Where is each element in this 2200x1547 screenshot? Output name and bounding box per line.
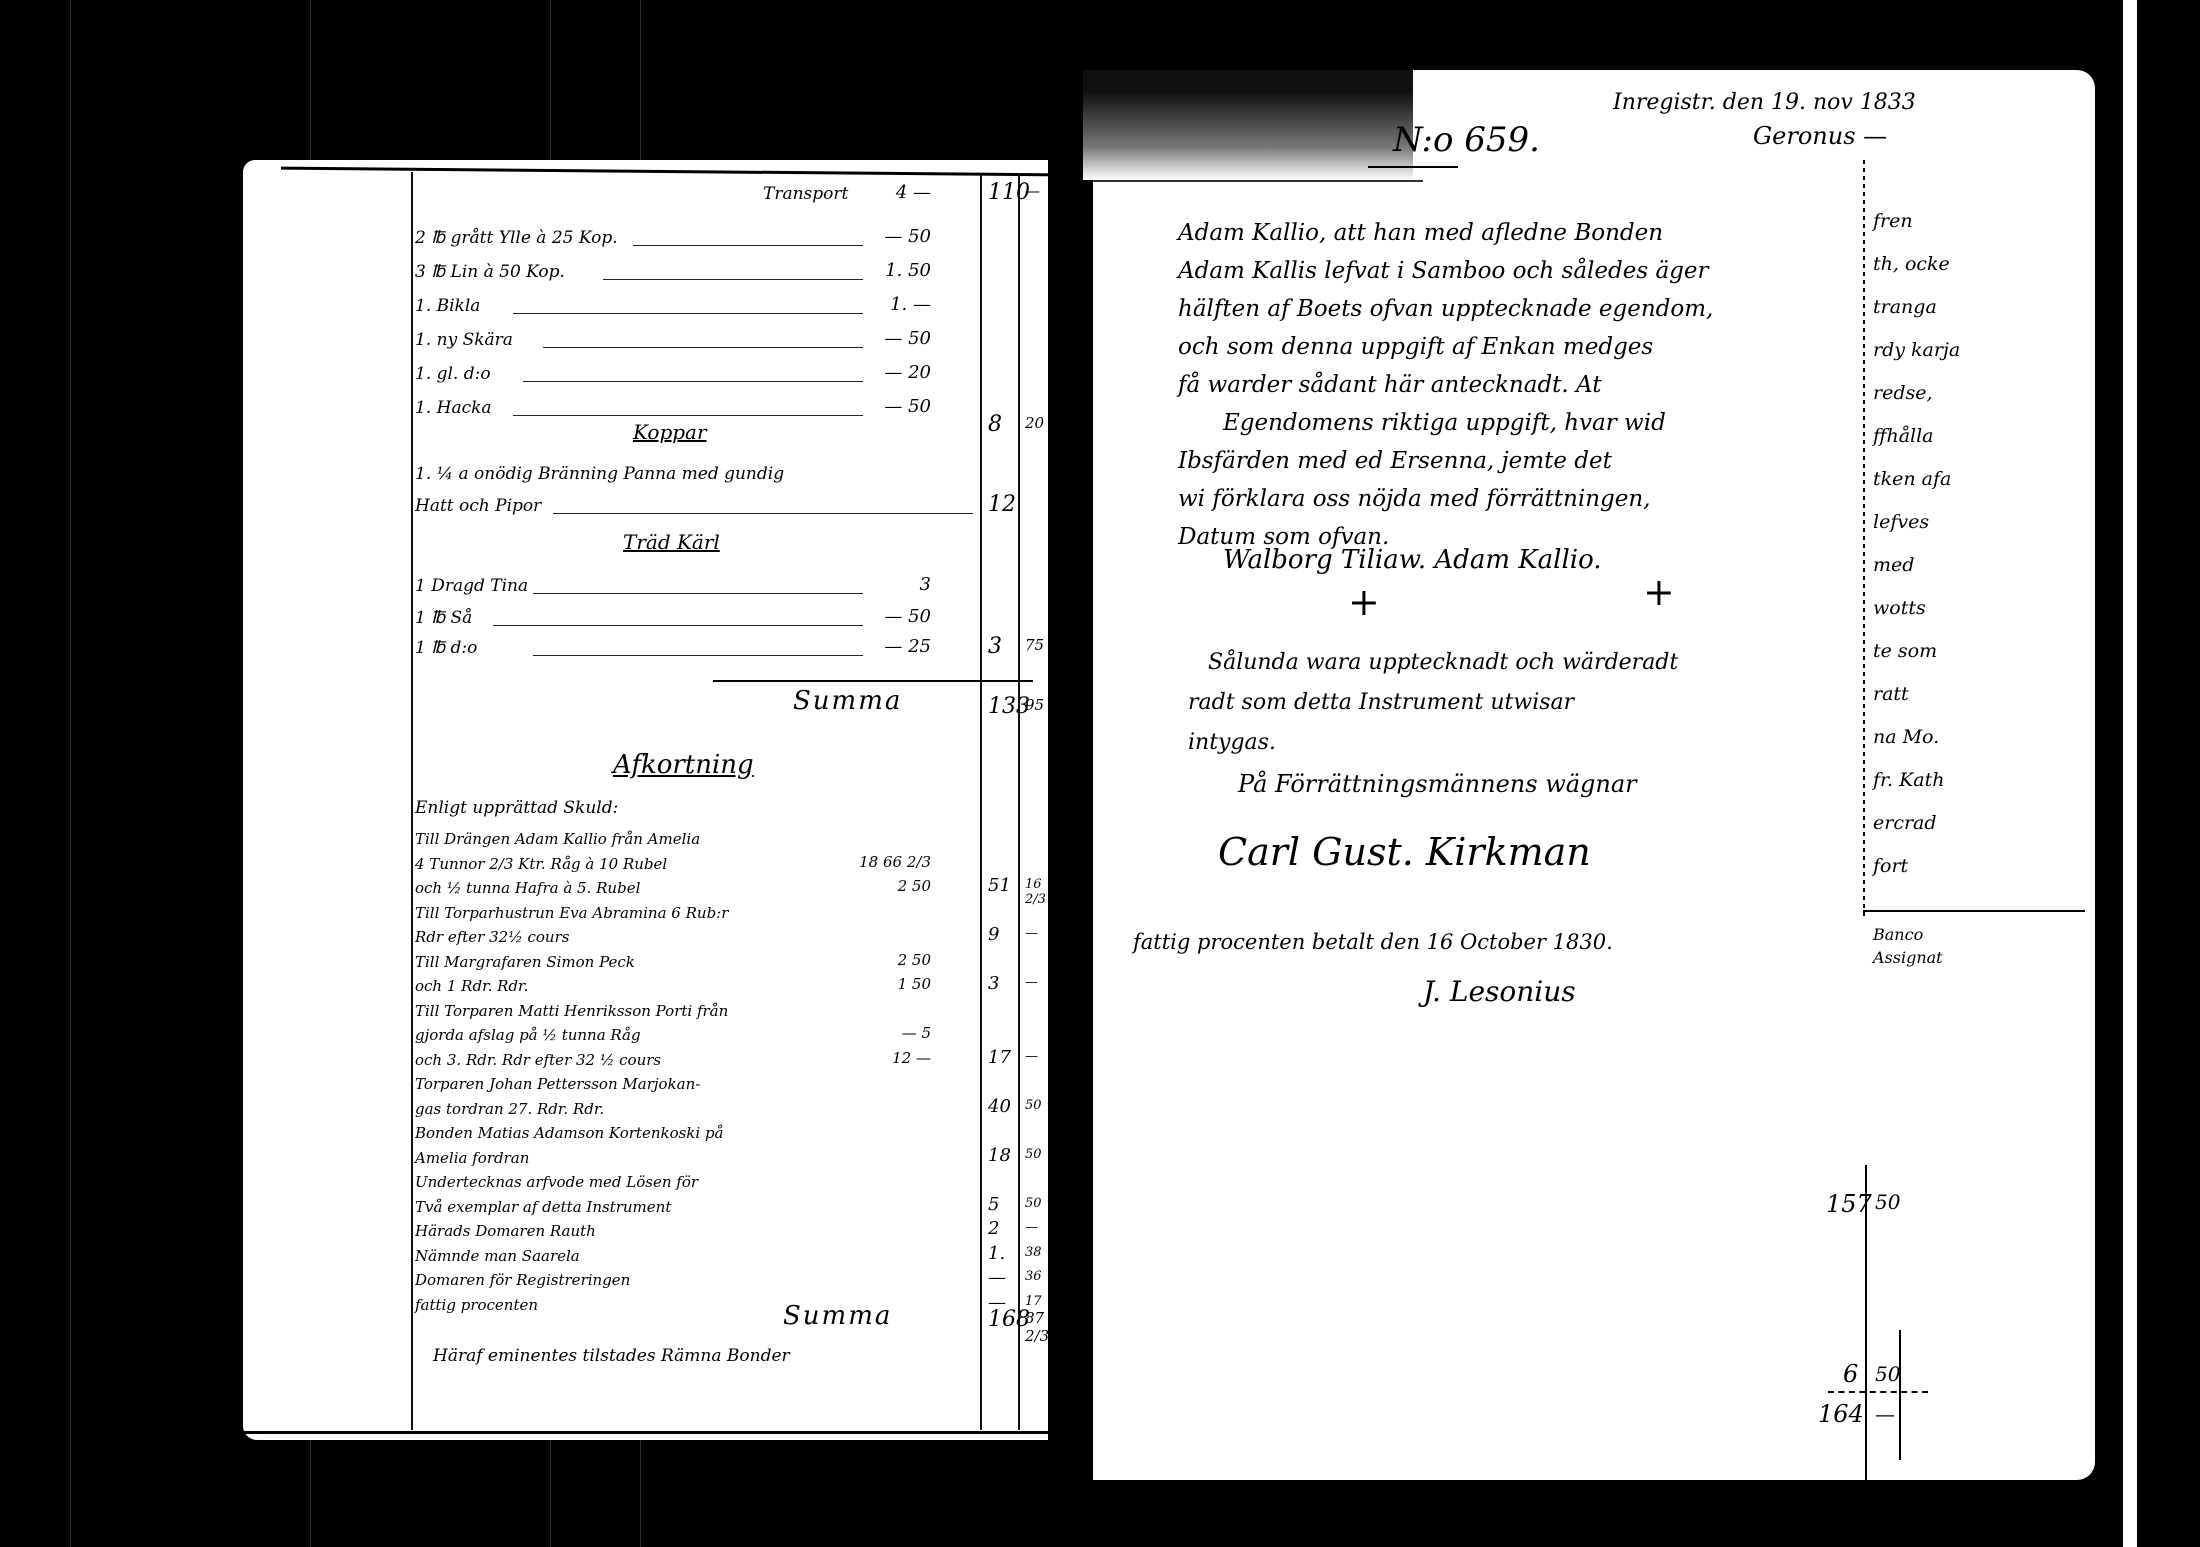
ledger-row: 1 ℔ Så — 50 [403,602,1043,636]
item-desc: Till Torparhustrun Eva Abramina 6 Rub:r [415,904,728,922]
item-amount: 1 50 [898,975,931,993]
margin-fragment: rdy karja [1873,339,1960,361]
item-amount: 1. 50 [885,260,931,281]
item-total: 40 [988,1096,1011,1117]
paid-note: fattig procenten betalt den 16 October 1… [1133,930,1613,954]
item-total: 5 [988,1194,999,1215]
right-total-ore: — [1875,1402,1895,1426]
right-total-ore: 50 [1875,1190,1900,1214]
item-amount: — 50 [884,226,931,247]
item-amount: 2 50 [898,951,931,969]
cross-mark-1: + [1348,580,1380,624]
right-total-ore: 50 [1875,1362,1900,1386]
item-desc: Hatt och Pipor [415,496,541,516]
registration-note: Inregistr. den 19. nov 1833 [1613,90,1916,115]
margin-rule [1863,910,2085,912]
summa-total-ore: 95 [1025,696,1044,714]
declaration-line: Adam Kallio, att han med afledne Bonden [1178,220,1663,246]
on-behalf-line: På Förrättningsmännens wägnar [1238,770,1637,798]
group-total-ore: 75 [1025,636,1044,654]
item-amount: — 50 [884,606,931,627]
item-amount: 18 66 2/3 [859,853,931,871]
item-total-ore: — [1025,926,1038,941]
item-desc: Undertecknas arfvode med Lösen för [415,1173,698,1191]
margin-fragment: redse, [1873,382,1933,404]
item-total-ore: 50 [1025,1147,1042,1162]
reference-underline [1368,166,1458,168]
leader-line [523,380,863,382]
item-desc: 1. gl. d:o [415,364,491,384]
margin-fragment: lefves [1873,511,1929,533]
right-total-value: 6 [1843,1360,1858,1388]
summa-row: Summa 168 87 2/3 [403,1305,1043,1339]
item-total: 9 [988,924,999,945]
item-desc: 1. ny Skära [415,330,513,350]
scan-artifact-line [70,0,71,1547]
item-total-ore: 36 [1025,1269,1042,1284]
summa-label: Summa [793,686,902,716]
leader-line [533,654,863,656]
item-amount: 3 [920,574,931,595]
afkortning-intro: Enligt upprättad Skuld: [415,798,618,818]
margin-footer-banco: Banco [1873,925,1923,944]
margin-fragment: th, ocke [1873,253,1950,275]
margin-fragment: wotts [1873,597,1926,619]
closing-line: Häraf eminentes tilstades Rämna Bonder [433,1346,790,1366]
margin-fragment: na Mo. [1873,726,1939,748]
margin-fragment: fr. Kath [1873,769,1945,791]
group-total: 8 [988,412,1002,437]
koppar-total: 12 [988,492,1016,517]
margin-fragment: ercrad [1873,812,1937,834]
item-total: 1. [988,1243,1005,1264]
ledger-row: 3 ℔ Lin à 50 Kop. 1. 50 [403,256,1043,290]
declaration-line: få warder sådant här antecknadt. At [1178,372,1601,398]
item-desc: Torparen Johan Pettersson Marjokan- [415,1075,700,1093]
attestation-line: Sålunda wara upptecknadt och wärderadt [1208,650,1678,675]
item-amount: — 25 [884,636,931,657]
closing-row: Häraf eminentes tilstades Rämna Bonder [403,1340,1043,1374]
reference-number: N:o 659. [1393,120,1540,160]
item-desc: Till Drängen Adam Kallio från Amelia [415,830,700,848]
item-desc: Rdr efter 32½ cours [415,928,569,946]
item-amount: — 50 [884,328,931,349]
group-total: 3 [988,634,1002,659]
leader-line [603,278,863,280]
item-total-ore: 50 [1025,1098,1042,1113]
margin-dashed-rule [1863,160,1865,920]
attestation-line: radt som detta Instrument utwisar [1188,690,1574,715]
heirs-signatures: Walborg Tiliaw. Adam Kallio. [1223,545,1602,575]
item-desc: 4 Tunnor 2/3 Ktr. Råg à 10 Rubel [415,855,667,873]
item-amount: 2 50 [898,877,931,895]
item-desc: Nämnde man Saarela [415,1247,580,1265]
item-desc: och ½ tunna Hafra à 5. Rubel [415,879,640,897]
margin-fragment: tranga [1873,296,1937,318]
leader-line [533,592,863,594]
item-total-ore: — [1025,1220,1038,1235]
margin-fragment: med [1873,554,1914,576]
transport-label: Transport [763,184,848,204]
item-desc: och 3. Rdr. Rdr efter 32 ½ cours [415,1051,661,1069]
ledger-row: 1. gl. d:o — 20 [403,358,1043,392]
item-total: 17 [988,1047,1011,1068]
ledger-row: Enligt upprättad Skuld: [403,792,1043,826]
summa-rule [713,680,1033,682]
margin-fragment: fort [1873,855,1908,877]
item-desc: Till Margrafaren Simon Peck [415,953,635,971]
transport-total: 110 [988,180,1030,205]
declaration-line: Egendomens riktiga uppgift, hvar wid [1223,410,1666,436]
attestation-line: intygas. [1188,730,1276,755]
ledger-row: 1 Dragd Tina 3 [403,570,1043,604]
right-page: N:o 659. Inregistr. den 19. nov 1833 Ger… [1093,70,2095,1480]
registration-signature: Geronus — [1753,122,1887,150]
heading-koppar: Koppar [633,420,707,444]
item-total-ore: — [1025,975,1038,990]
margin-footer-assignat: Assignat [1873,948,1943,967]
item-total: — [988,1267,1006,1288]
ledger-row: 1. ny Skära — 50 [403,324,1043,358]
item-amount: 12 — [892,1049,931,1067]
item-desc: 3 ℔ Lin à 50 Kop. [415,262,565,282]
summa-row: Summa 133 95 [403,692,1043,726]
total-rule [1828,1390,1928,1393]
leader-line [553,512,973,514]
item-desc: 1. ¼ a onödig Bränning Panna med gundig [415,464,784,484]
item-total-ore: 50 [1025,1196,1042,1211]
paid-signature: J. Lesonius [1423,975,1576,1008]
item-desc: Bonden Matias Adamson Kortenkoski på [415,1124,724,1142]
margin-fragment: fren [1873,210,1913,232]
left-page: Transport 4 — 110 — 2 ℔ grått Ylle à 25 … [243,160,1048,1440]
leader-line [513,312,863,314]
item-amount: — 20 [884,362,931,383]
ledger-row: 1. ¼ a onödig Bränning Panna med gundig [403,458,1043,492]
item-desc: Amelia fordran [415,1149,529,1167]
group-total-ore: 20 [1025,414,1044,432]
official-signature: Carl Gust. Kirkman [1218,830,1591,874]
transport-amount: 4 — [896,182,931,203]
item-total-ore: 38 [1025,1245,1042,1260]
margin-fragment: ratt [1873,683,1909,705]
group1-total-row: 8 20 [403,410,1043,444]
item-desc: 1 Dragd Tina [415,576,528,596]
column-rule [1899,1330,1901,1460]
item-desc: Två exemplar af detta Instrument [415,1198,671,1216]
item-amount: — 5 [902,1024,931,1042]
item-desc: 1. Bikla [415,296,480,316]
ledger-row: 1 ℔ d:o — 25 3 75 [403,632,1043,666]
right-total-value: 164 [1818,1400,1864,1428]
ledger-row: 2 ℔ grått Ylle à 25 Kop. — 50 [403,222,1043,256]
summa-total: 168 [988,1307,1030,1332]
summa-total: 133 [988,694,1030,719]
margin-fragment: tken afa [1873,468,1951,490]
item-desc: 2 ℔ grått Ylle à 25 Kop. [415,228,618,248]
item-amount: 1. — [890,294,931,315]
transport-total-ore: — [1025,182,1040,200]
heading-afkortning: Afkortning [613,750,754,780]
leader-line [543,346,863,348]
right-total-value: 157 [1826,1190,1872,1218]
item-desc: gjorda afslag på ½ tunna Råg [415,1026,641,1044]
item-total-ore: — [1025,1049,1038,1064]
declaration-line: och som denna uppgift af Enkan medges [1178,334,1653,360]
leader-line [493,624,863,626]
item-desc: Härads Domaren Rauth [415,1222,596,1240]
item-desc: och 1 Rdr. Rdr. [415,977,528,995]
scan-edge-strip [2123,0,2137,1547]
declaration-line: hälften af Boets ofvan upptecknade egend… [1178,296,1713,322]
ledger: Transport 4 — 110 — 2 ℔ grått Ylle à 25 … [243,160,1048,1440]
item-desc: 1 ℔ Så [415,608,472,628]
item-desc: Domaren för Registreringen [415,1271,630,1289]
item-total: 2 [988,1218,999,1239]
item-desc: 1 ℔ d:o [415,638,477,658]
page-shadow [1083,70,1413,180]
margin-fragment: ffhålla [1873,425,1934,447]
declaration-line: Ibsfärden med ed Ersenna, jemte det [1178,448,1612,474]
ledger-row: 1. Bikla 1. — [403,290,1043,324]
declaration-line: Adam Kallis lefvat i Samboo och således … [1178,258,1708,284]
fold-rule [1093,180,1423,182]
transport-row: Transport 4 — 110 — [403,178,1043,212]
item-desc: Till Torparen Matti Henriksson Porti frå… [415,1002,728,1020]
item-total: 3 [988,973,999,994]
item-total: 18 [988,1145,1011,1166]
item-desc: gas tordran 27. Rdr. Rdr. [415,1100,604,1118]
cross-mark-2: + [1643,570,1675,614]
heading-trad-karl: Träd Kärl [623,530,720,554]
margin-fragment: te som [1873,640,1937,662]
declaration-line: wi förklara oss nöjda med förrättningen, [1178,486,1650,512]
item-total: 51 [988,875,1011,896]
summa-label: Summa [783,1301,892,1331]
ledger-row: Hatt och Pipor 12 [403,490,1043,524]
leader-line [633,244,863,246]
